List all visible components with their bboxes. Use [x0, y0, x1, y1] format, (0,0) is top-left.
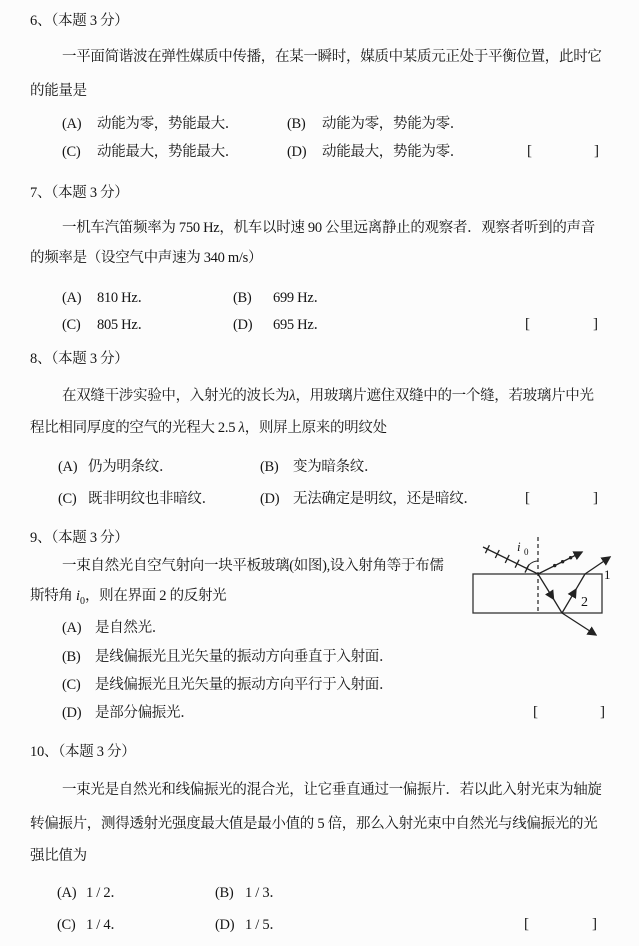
exam-page: 6、（本题 3 分） 一平面简谐波在弹性媒质中传播，在某一瞬时，媒质中某质元正处…	[0, 0, 639, 946]
q6-option-d-text: 动能最大，势能为零．	[322, 142, 464, 162]
q9-option-a-label: (A)	[62, 618, 81, 638]
q6-option-c-text: 动能最大，势能最大．	[97, 142, 239, 162]
q7-body-line-1: 一机车汽笛频率为 750 Hz，机车以时速 90 公里远离静止的观察者．观察者听…	[62, 218, 595, 238]
q7-option-a-label: (A)	[62, 288, 81, 308]
refracted-ray	[538, 574, 562, 613]
q8-answer-bracket-open: [	[525, 488, 530, 508]
q7-option-c-label: (C)	[62, 315, 80, 335]
q9-option-d-text: 是部分偏振光．	[95, 703, 194, 723]
q7-option-b-label: (B)	[233, 288, 251, 308]
q8-header: 8、（本题 3 分）	[30, 349, 129, 369]
q6-answer-bracket-open: [	[527, 141, 532, 161]
q10-body-line-1: 一束光是自然光和线偏振光的混合光，让它垂直通过一偏振片．若以此入射光束为轴旋	[62, 780, 602, 800]
q6-answer-bracket-close: ]	[594, 141, 599, 161]
q8-option-a-text: 仍为明条纹．	[88, 457, 173, 477]
q6-option-d-label: (D)	[287, 142, 306, 162]
q10-option-c-label: (C)	[57, 915, 75, 935]
q10-option-c-text: 1 / 4．	[86, 915, 124, 935]
q7-option-b-text: 699 Hz．	[273, 288, 328, 308]
q7-option-c-text: 805 Hz．	[97, 315, 152, 335]
q9-option-b-text: 是线偏振光且光矢量的振动方向垂直于入射面．	[95, 647, 393, 667]
q10-body-line-3: 强比值为	[30, 846, 87, 866]
q9-body-line-2: 斯特角 i0，则在界面 2 的反射光	[30, 586, 226, 612]
q10-answer-bracket-open: [	[524, 914, 529, 934]
q8-option-d-text: 无法确定是明纹，还是暗纹．	[293, 489, 478, 509]
q9-option-c-text: 是线偏振光且光矢量的振动方向平行于入射面．	[95, 675, 393, 695]
q8-option-c-text: 既非明纹也非暗纹．	[88, 489, 216, 509]
interface-2-label: 2	[581, 595, 588, 610]
ray-1-label: 1	[604, 567, 611, 582]
q9-option-b-label: (B)	[62, 647, 80, 667]
angle-label-sub: 0	[524, 547, 529, 557]
q8-option-b-label: (B)	[260, 457, 278, 477]
q9-option-c-label: (C)	[62, 675, 80, 695]
q6-header: 6、（本题 3 分）	[30, 11, 129, 31]
reflected-ray	[538, 552, 582, 574]
q10-body-line-2: 转偏振片，测得透射光强度最大值是最小值的 5 倍，那么入射光束中自然光与线偏振光…	[30, 814, 597, 834]
q8-answer-bracket-close: ]	[593, 488, 598, 508]
transmitted-ray	[562, 613, 596, 635]
q10-option-d-text: 1 / 5．	[245, 915, 283, 935]
q8-option-b-text: 变为暗条纹．	[293, 457, 378, 477]
q7-option-a-text: 810 Hz．	[97, 288, 152, 308]
q7-answer-bracket-open: [	[525, 314, 530, 334]
q8-option-c-label: (C)	[58, 489, 76, 509]
q10-option-b-text: 1 / 3．	[245, 883, 283, 903]
q10-option-a-text: 1 / 2．	[86, 883, 124, 903]
q10-option-d-label: (D)	[215, 915, 234, 935]
q9-answer-bracket-open: [	[533, 702, 538, 722]
q7-option-d-text: 695 Hz．	[273, 315, 328, 335]
q6-option-c-label: (C)	[62, 142, 80, 162]
q7-body-line-2: 的频率是（设空气中声速为 340 m/s）	[30, 248, 262, 268]
q8-option-a-label: (A)	[58, 457, 77, 477]
q8-body-line-2: 程比相同厚度的空气的光程大 2.5 λ，则屏上原来的明纹处	[30, 418, 387, 438]
q6-option-a-label: (A)	[62, 114, 81, 134]
q6-body-line-1: 一平面简谐波在弹性媒质中传播，在某一瞬时，媒质中某质元正处于平衡位置，此时它	[62, 47, 602, 67]
angle-label-i: i	[517, 539, 521, 554]
q9-option-d-label: (D)	[62, 703, 81, 723]
incident-ray	[483, 545, 538, 574]
q8-option-d-label: (D)	[260, 489, 279, 509]
q6-option-b-text: 动能为零，势能为零．	[322, 114, 464, 134]
q10-answer-bracket-close: ]	[592, 914, 597, 934]
q9-header: 9、（本题 3 分）	[30, 528, 129, 548]
q10-header: 10、（本题 3 分）	[30, 742, 135, 762]
q6-option-b-label: (B)	[287, 114, 305, 134]
q10-option-b-label: (B)	[215, 883, 233, 903]
q7-answer-bracket-close: ]	[593, 314, 598, 334]
brewster-diagram: i 0 1 2	[460, 533, 636, 645]
q9-body-line-1: 一束自然光自空气射向一块平板玻璃(如图),设入射角等于布儒	[62, 556, 444, 576]
q6-body-line-2: 的能量是	[30, 81, 87, 101]
q10-option-a-label: (A)	[57, 883, 76, 903]
q8-body-line-1: 在双缝干涉实验中，入射光的波长为λ，用玻璃片遮住双缝中的一个缝，若玻璃片中光	[62, 386, 594, 406]
q9-option-a-text: 是自然光．	[95, 618, 166, 638]
q7-header: 7、（本题 3 分）	[30, 183, 129, 203]
q9-answer-bracket-close: ]	[600, 702, 605, 722]
q6-option-a-text: 动能为零，势能最大．	[97, 114, 239, 134]
q7-option-d-label: (D)	[233, 315, 252, 335]
